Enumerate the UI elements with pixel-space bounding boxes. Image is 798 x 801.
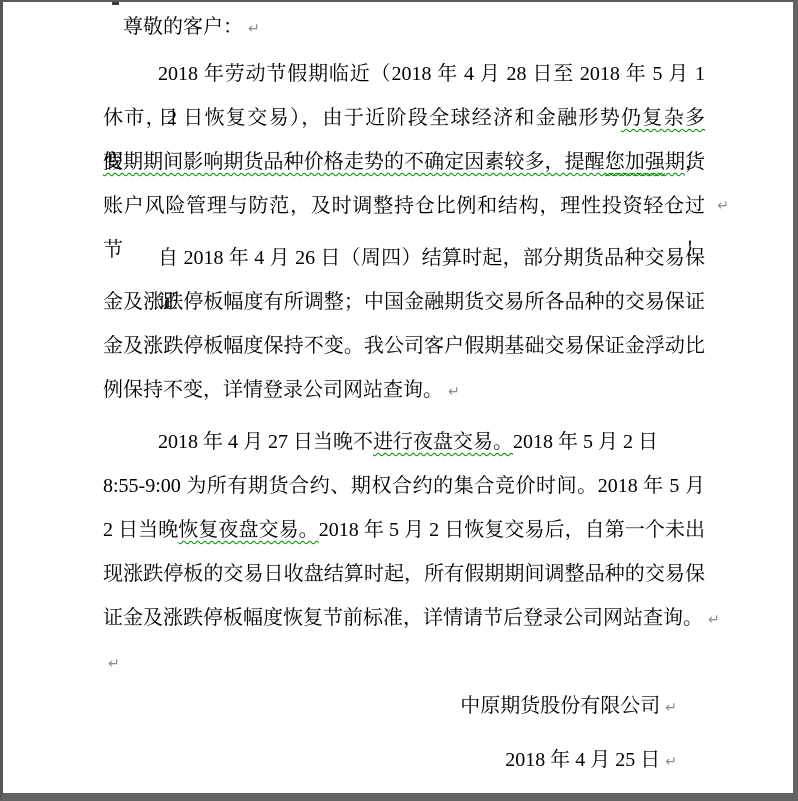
text-segment: 中原期货股份有限公司 (460, 695, 660, 717)
text-line: ↵ (103, 640, 705, 684)
text-segment: 尊敬的客户： (123, 16, 243, 38)
pilcrow-mark: ↵ (448, 384, 460, 400)
text-line: 证金及涨跌停板幅度恢复节前标准，详情请节后登录公司网站查询。↵ (103, 596, 705, 640)
text-line: 金及涨跌停板幅度保持不变。我公司客户假期基础交易保证金浮动比 (103, 324, 705, 368)
text-line: 2 日当晚恢复夜盘交易。2018 年 5 月 2 日恢复交易后，自第一个未出 (103, 508, 705, 552)
text-segment: 2018 年 4 月 25 日 (505, 749, 660, 771)
text-segment: 例保持不变，详情登录公司网站查询。 (103, 379, 443, 401)
text-segment: 证金及涨跌停板幅度恢复节前标准，详情请节后登录公司网站查询。 (103, 607, 703, 629)
text-line: 中原期货股份有限公司↵ (103, 684, 705, 728)
pilcrow-mark: ↵ (108, 656, 120, 672)
text-segment: 假期期间影响期货品种价格走势的不确定因素较多，提醒 (103, 151, 605, 173)
text-line: 8:55-9:00 为所有期货合约、期权合约的集合竞价时间。2018 年 5 月 (103, 464, 705, 508)
spellcheck-flagged-text: 您加强 (605, 151, 665, 173)
document-window: { "page": { "background_color": "#ffffff… (0, 0, 798, 801)
text-line: 金及涨跌停板幅度有所调整；中国金融期货交易所各品种的交易保证 (103, 280, 705, 324)
text-segment: 期货 (665, 151, 705, 173)
pilcrow-mark: ↵ (708, 612, 720, 628)
text-segment: 2018 年 4 月 27 日当晚不 (158, 431, 373, 453)
text-line: 自 2018 年 4 月 26 日（周四）结算时起，部分期货品种交易保证 (103, 236, 705, 280)
pilcrow-mark: ↵ (665, 700, 677, 716)
text-segment: 现涨跌停板的交易日收盘结算时起，所有假期期间调整品种的交易保 (103, 563, 705, 585)
text-line: 假期期间影响期货品种价格走势的不确定因素较多，提醒您加强期货 (103, 140, 705, 184)
text-line: 休市，2 日恢复交易），由于近阶段全球经济和金融形势仍复杂多变， (103, 96, 705, 140)
text-line: 2018 年 4 月 27 日当晚不进行夜盘交易。2018 年 5 月 2 日 (103, 420, 705, 464)
spellcheck-flagged-text: 恢复夜盘交易。 (178, 519, 318, 541)
text-line: 2018 年 4 月 25 日↵ (103, 738, 705, 782)
text-line: 例保持不变，详情登录公司网站查询。↵ (103, 368, 705, 412)
document-page: 尊敬的客户：↵2018 年劳动节假期临近（2018 年 4 月 28 日至 20… (3, 2, 705, 782)
text-segment: 2018 年 5 月 2 日恢复交易后，自第一个未出 (319, 519, 705, 541)
text-segment: 8:55-9:00 为所有期货合约、期权合约的集合竞价时间。2018 年 5 月 (103, 475, 705, 497)
text-line: 账户风险管理与防范，及时调整持仓比例和结构，理性投资轻仓过节！↵ (103, 184, 705, 228)
text-segment: 金及涨跌停板幅度有所调整；中国金融期货交易所各品种的交易保证 (103, 291, 705, 313)
spellcheck-flagged-text: 进行夜盘交易。 (373, 431, 513, 453)
text-segment: 休市，2 日恢复交易），由于近阶段全球经济和金融形势 (103, 107, 621, 129)
pilcrow-mark: ↵ (717, 184, 729, 228)
pilcrow-mark: ↵ (665, 754, 677, 770)
text-segment: 金及涨跌停板幅度保持不变。我公司客户假期基础交易保证金浮动比 (103, 335, 705, 357)
text-segment: 2018 年 5 月 2 日 (513, 431, 658, 453)
text-segment: 2 日当晚 (103, 519, 178, 541)
text-line: 尊敬的客户：↵ (103, 5, 705, 49)
text-line: 现涨跌停板的交易日收盘结算时起，所有假期期间调整品种的交易保 (103, 552, 705, 596)
text-line: 2018 年劳动节假期临近（2018 年 4 月 28 日至 2018 年 5 … (103, 52, 705, 96)
pilcrow-mark: ↵ (248, 21, 260, 37)
